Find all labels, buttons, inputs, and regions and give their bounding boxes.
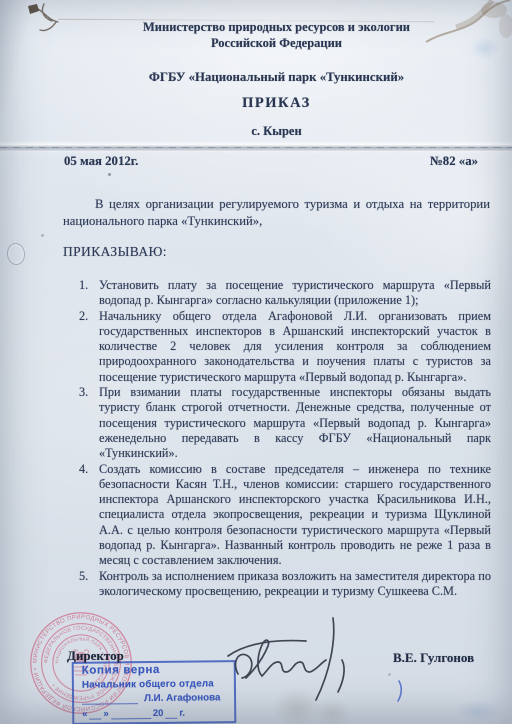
item-text: При взимании платы государственные инспе…	[99, 385, 491, 461]
crease-line	[0, 141, 512, 153]
item-number: 2.	[79, 309, 99, 385]
date-number-row: 05 мая 2012г. №82 «а»	[64, 154, 478, 169]
ministry-line1: Министерство природных ресурсов и эколог…	[63, 20, 490, 36]
scanned-order-document: Министерство природных ресурсов и эколог…	[0, 0, 512, 724]
ministry-header: Министерство природных ресурсов и эколог…	[63, 20, 490, 51]
order-word: ПРИКАЗЫВАЮ:	[63, 244, 167, 260]
quote-open: «	[82, 709, 87, 720]
signature-blank-line	[82, 694, 138, 705]
order-item: 1. Установить плату за посещение туристи…	[79, 278, 491, 309]
paper-speck	[108, 173, 111, 176]
document-title: ПРИКАЗ	[63, 95, 490, 112]
order-item: 5. Контроль за исполнением приказа возло…	[79, 569, 491, 600]
preamble-paragraph: В целях организации регулируемого туризм…	[63, 196, 490, 230]
item-number: 1.	[79, 278, 99, 309]
year-prefix: 20	[153, 708, 164, 719]
director-label: Директор	[67, 648, 124, 664]
year-suffix: г.	[179, 708, 185, 719]
copy-stamp-name-row: Л.И. Агафонова	[82, 692, 228, 705]
item-number: 4.	[79, 462, 99, 569]
paper-speck	[41, 234, 44, 237]
copy-stamp-title: Копия верна	[82, 663, 228, 677]
document-date: 05 мая 2012г.	[64, 154, 138, 169]
quote-close: »	[103, 708, 108, 719]
copy-stamp-date-row: « » 20 г.	[82, 707, 228, 720]
punch-hole-mark	[6, 242, 26, 266]
copy-stamp-name: Л.И. Агафонова	[144, 692, 220, 704]
item-text: Установить плату за посещение туристичес…	[99, 278, 491, 309]
item-text: Контроль за исполнением приказа возложит…	[99, 569, 491, 600]
document-place: с. Кырен	[63, 124, 490, 139]
order-items-list: 1. Установить плату за посещение туристи…	[79, 278, 491, 599]
day-blank-line	[89, 710, 101, 720]
order-item: 3. При взимании платы государственные ин…	[79, 385, 491, 461]
paper-smudge	[455, 700, 501, 722]
item-number: 5.	[79, 569, 99, 600]
item-text: Создать комиссию в составе председателя …	[99, 462, 491, 569]
paper-speck	[388, 673, 391, 676]
item-number: 3.	[79, 385, 99, 461]
ministry-line2: Российской Федерации	[63, 36, 490, 52]
organization-name: ФГБУ «Национальный парк «Тункинский»	[63, 70, 490, 85]
month-blank-line	[111, 709, 151, 719]
copy-stamp-position: Начальник общего отдела	[82, 678, 228, 691]
pen-tick-mark	[394, 678, 408, 704]
handwritten-signature	[210, 608, 380, 712]
item-text: Начальнику общего отдела Агафоновой Л.И.…	[99, 309, 491, 385]
director-name: В.Е. Гулгонов	[393, 650, 474, 666]
year-blank-line	[165, 709, 177, 719]
document-number: №82 «а»	[430, 154, 478, 169]
order-item: 4. Создать комиссию в составе председате…	[79, 462, 491, 569]
order-item: 2. Начальнику общего отдела Агафоновой Л…	[79, 309, 491, 385]
